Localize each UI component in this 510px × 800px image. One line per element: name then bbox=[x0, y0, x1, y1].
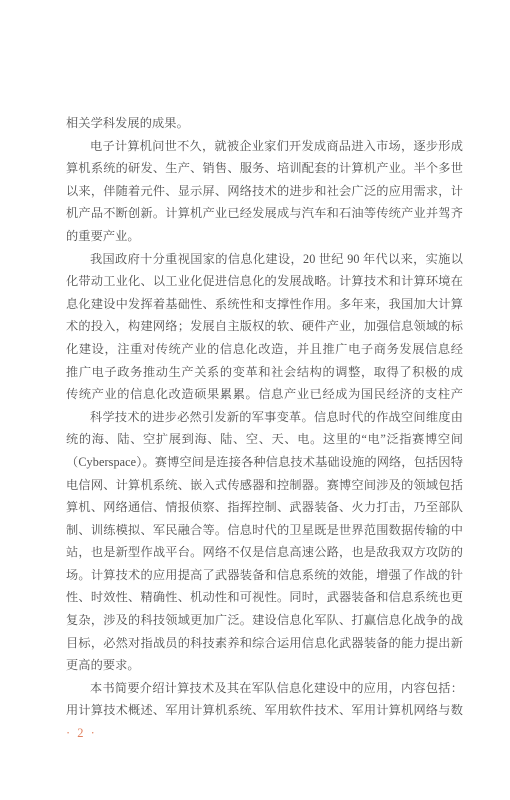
book-page: 相关学科发展的成果。电子计算机问世不久，就被企业家们开发成商品进入市场，逐步形成… bbox=[0, 0, 510, 800]
text-line: 机产品不断创新。计算机产业已经发展成与汽车和石油等传统产业并驾齐驱 bbox=[66, 202, 463, 225]
text-line: 更高的要求。 bbox=[66, 654, 463, 677]
paragraph: 电子计算机问世不久，就被企业家们开发成商品进入市场，逐步形成计算机系统的研发、生… bbox=[66, 135, 463, 248]
text-line: 化建设，注重对传统产业的信息化改造，并且推广电子商务发展信息经济， bbox=[66, 338, 463, 361]
paragraph: 我国政府十分重视国家的信息化建设，20 世纪 90 年代以来，实施以信息化带动工… bbox=[66, 248, 463, 406]
text-line: 制、训练模拟、军民融合等。信息时代的卫星既是世界范围数据传输的中转 bbox=[66, 519, 463, 542]
text-line: 站，也是新型作战平台。网络不仅是信息高速公路，也是敌我双方攻防的战 bbox=[66, 541, 463, 564]
text-line: 算机、网络通信、情报侦察、指挥控制、武器装备、火力打击，乃至部队编 bbox=[66, 496, 463, 519]
text-line: 电子计算机问世不久，就被企业家们开发成商品进入市场，逐步形成计 bbox=[66, 135, 463, 158]
text-line: 息化建设中发挥着基础性、系统性和支撑性作用。多年来，我国加大计算技 bbox=[66, 293, 463, 316]
paragraph: 相关学科发展的成果。 bbox=[66, 112, 463, 135]
text-line: 本书简要介绍计算技术及其在军队信息化建设中的应用，内容包括：军 bbox=[66, 677, 463, 700]
paragraph: 科学技术的进步必然引发新的军事变革。信息时代的作战空间维度由传统的海、陆、空扩展… bbox=[66, 406, 463, 677]
text-line: 场。计算技术的应用提高了武器装备和信息系统的效能，增强了作战的针对 bbox=[66, 564, 463, 587]
paragraph: 本书简要介绍计算技术及其在军队信息化建设中的应用，内容包括：军用计算技术概述、军… bbox=[66, 677, 463, 722]
text-line: （Cyberspace）。赛博空间是连接各种信息技术基础设施的网络，包括因特网、 bbox=[66, 451, 463, 474]
text-line: 术的投入，构建网络；发展自主版权的软、硬件产业，加强信息领域的标准 bbox=[66, 315, 463, 338]
text-line: 算机系统的研发、生产、销售、服务、培训配套的计算机产业。半个多世纪 bbox=[66, 157, 463, 180]
text-line: 相关学科发展的成果。 bbox=[66, 112, 463, 135]
text-line: 目标，必然对指战员的科技素养和综合运用信息化武器装备的能力提出新的 bbox=[66, 632, 463, 655]
text-line: 推广电子政务推动生产关系的变革和社会结构的调整，取得了积极的成效， bbox=[66, 361, 463, 384]
text-line: 我国政府十分重视国家的信息化建设，20 世纪 90 年代以来，实施以信息 bbox=[66, 248, 463, 271]
text-line: 科学技术的进步必然引发新的军事变革。信息时代的作战空间维度由传 bbox=[66, 406, 463, 429]
text-line: 复杂，涉及的科技领域更加广泛。建设信息化军队、打赢信息化战争的战略 bbox=[66, 609, 463, 632]
text-line: 以来，伴随着元件、显示屏、网络技术的进步和社会广泛的应用需求，计算 bbox=[66, 180, 463, 203]
text-line: 用计算技术概述、军用计算机系统、军用软件技术、军用计算机网络与数据 bbox=[66, 699, 463, 722]
page-footer: · 2 · bbox=[66, 724, 97, 742]
text-line: 的重要产业。 bbox=[66, 225, 463, 248]
text-line: 传统产业的信息化改造硕果累累。信息产业已经成为国民经济的支柱产业。 bbox=[66, 383, 463, 406]
text-line: 统的海、陆、空扩展到海、陆、空、天、电。这里的“电”泛指赛博空间 bbox=[66, 428, 463, 451]
text-line: 电信网、计算机系统、嵌入式传感器和控制器。赛博空间涉及的领域包括计 bbox=[66, 474, 463, 497]
text-line: 性、时效性、精确性、机动性和可视性。同时，武器装备和信息系统也更加 bbox=[66, 586, 463, 609]
text-line: 化带动工业化、以工业化促进信息化的发展战略。计算技术和计算环境在信 bbox=[66, 270, 463, 293]
page-number: · 2 · bbox=[66, 726, 97, 740]
page-text-block: 相关学科发展的成果。电子计算机问世不久，就被企业家们开发成商品进入市场，逐步形成… bbox=[66, 112, 463, 722]
